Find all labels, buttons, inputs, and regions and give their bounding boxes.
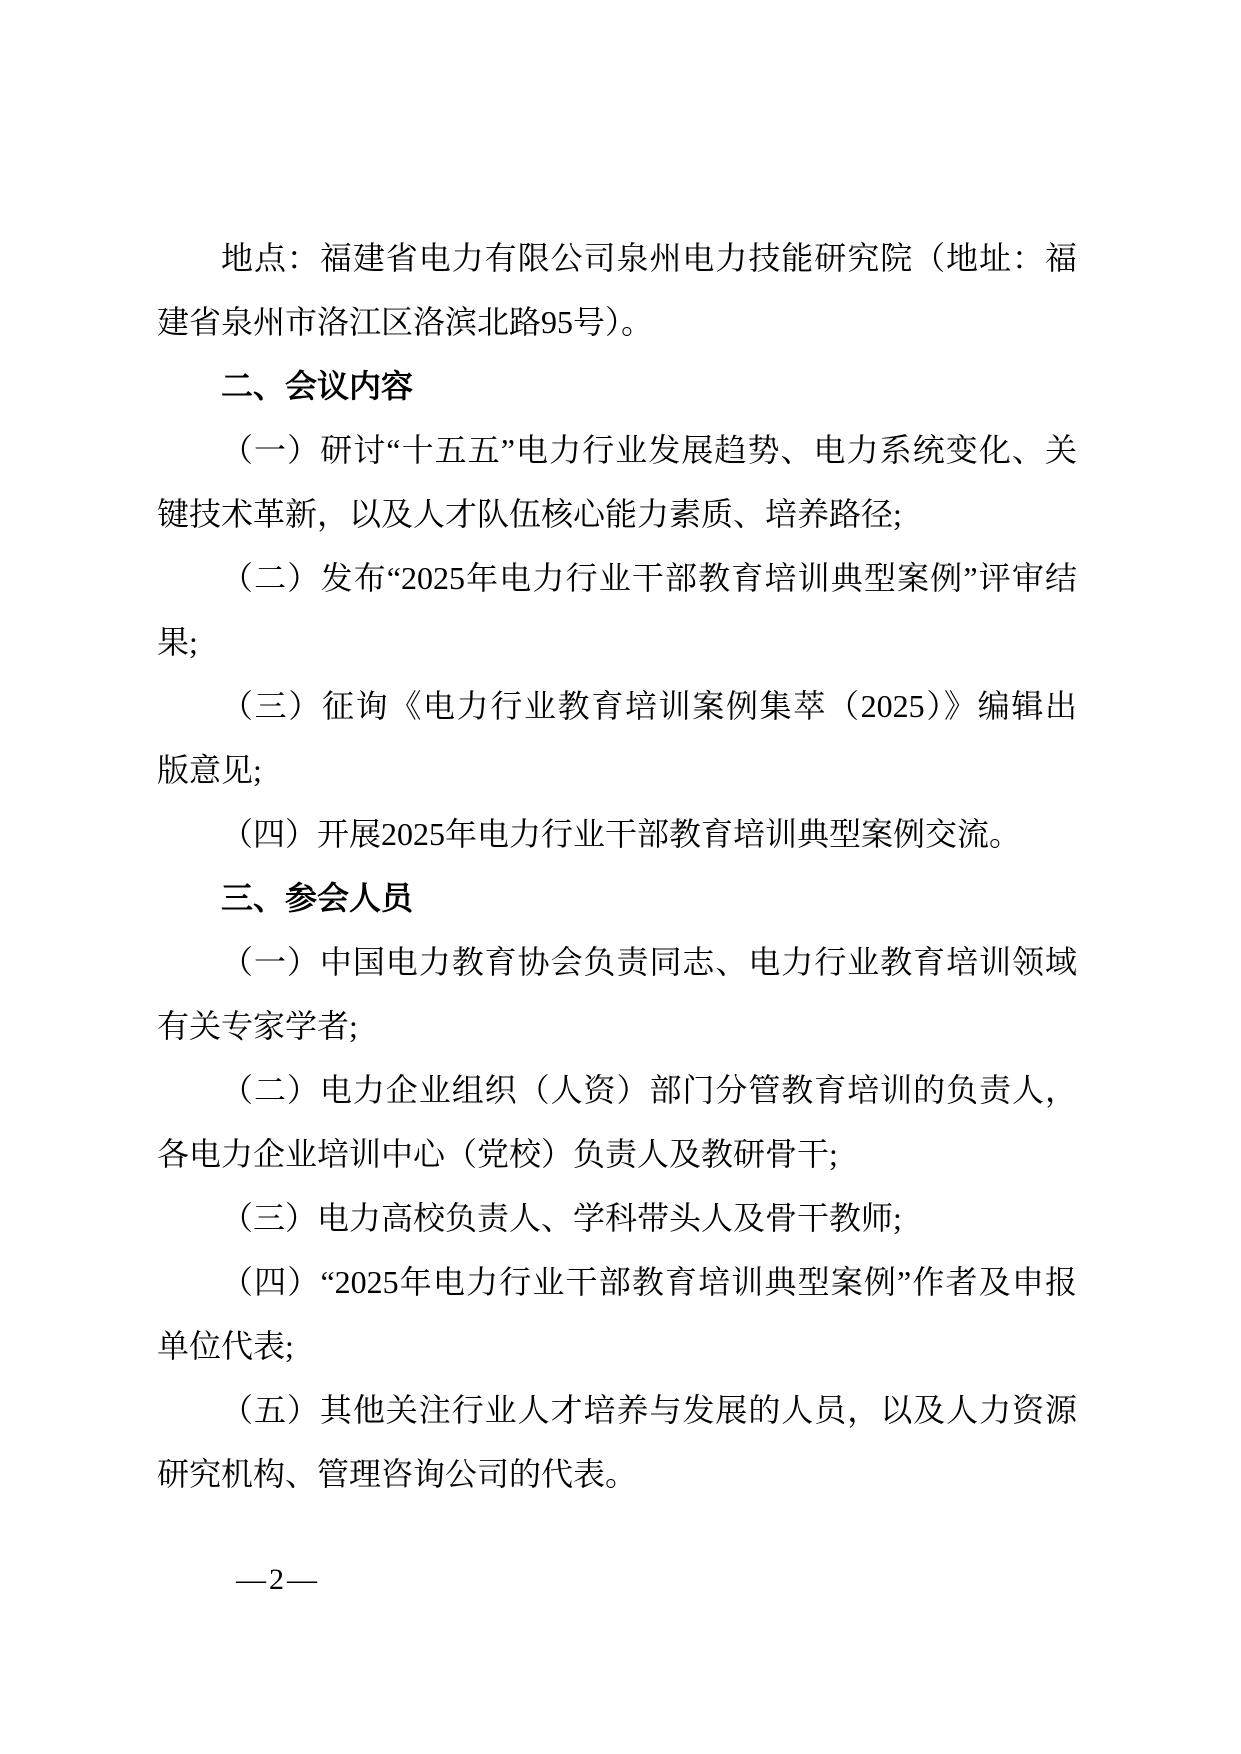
doc-line: （三）征询《电力行业教育培训案例集萃（2025）》编辑出: [157, 674, 1077, 738]
doc-line: （三）电力高校负责人、学科带头人及骨干教师;: [157, 1186, 1077, 1250]
page-number: —2—: [236, 1562, 320, 1598]
doc-line: 研究机构、管理咨询公司的代表。: [157, 1442, 1077, 1506]
section-heading-participants: 三、参会人员: [157, 866, 1077, 930]
doc-line: （四）“2025年电力行业干部教育培训典型案例”作者及申报: [157, 1250, 1077, 1314]
document-body: 地点：福建省电力有限公司泉州电力技能研究院（地址：福 建省泉州市洛江区洛滨北路9…: [157, 226, 1077, 1506]
doc-line: 单位代表;: [157, 1314, 1077, 1378]
doc-line: （四）开展2025年电力行业干部教育培训典型案例交流。: [157, 802, 1077, 866]
doc-line: 版意见;: [157, 738, 1077, 802]
doc-line: （二）电力企业组织（人资）部门分管教育培训的负责人，: [157, 1058, 1077, 1122]
doc-line: （一）中国电力教育协会负责同志、电力行业教育培训领域: [157, 930, 1077, 994]
doc-line: （五）其他关注行业人才培养与发展的人员，以及人力资源: [157, 1378, 1077, 1442]
doc-line: 键技术革新，以及人才队伍核心能力素质、培养路径;: [157, 482, 1077, 546]
document-page: 地点：福建省电力有限公司泉州电力技能研究院（地址：福 建省泉州市洛江区洛滨北路9…: [0, 0, 1241, 1754]
doc-line: 地点：福建省电力有限公司泉州电力技能研究院（地址：福: [157, 226, 1077, 290]
doc-line: 果;: [157, 610, 1077, 674]
doc-line: 有关专家学者;: [157, 994, 1077, 1058]
doc-line: （二）发布“2025年电力行业干部教育培训典型案例”评审结: [157, 546, 1077, 610]
section-heading-meeting-content: 二、会议内容: [157, 354, 1077, 418]
doc-line: 建省泉州市洛江区洛滨北路95号）。: [157, 290, 1077, 354]
doc-line: （一）研讨“十五五”电力行业发展趋势、电力系统变化、关: [157, 418, 1077, 482]
doc-line: 各电力企业培训中心（党校）负责人及教研骨干;: [157, 1122, 1077, 1186]
